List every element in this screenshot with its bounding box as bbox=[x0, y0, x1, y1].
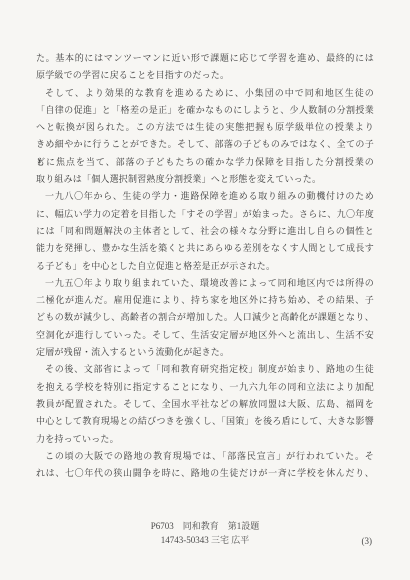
text-line: 一九八〇年から、生徒の学力・進路保障を進める取り組みの動機付けのため bbox=[36, 188, 374, 205]
document-page: た。基本的にはマンツーマンに近い形で課題に応じて学習を進め、最終的には原学級での… bbox=[0, 0, 410, 580]
text-line: へと転換が図られた。この方法では生徒の実態把握も原学級単位の授業より bbox=[36, 119, 374, 136]
text-line: 原学級での学習に戻ることを目指すのだった。 bbox=[36, 67, 374, 84]
text-line: 能力を発揮し、豊かな生活を築くと共にあらゆる差別をなくす人間として成長す bbox=[36, 240, 374, 257]
text-line: 教員が配置された。そして、全国水平社などの解放同盟は大阪、広島、福岡を bbox=[36, 396, 374, 413]
page-number: (3) bbox=[362, 536, 373, 546]
text-line: 力を持っていった。 bbox=[36, 431, 374, 448]
footer-author-line: 14743-50343 三宅 広平 bbox=[0, 533, 410, 547]
text-line: 「自律の促進」と「格差の是正」を確かなものにしようと、少人数制の分割授業 bbox=[36, 102, 374, 119]
text-line: た。基本的にはマンツーマンに近い形で課題に応じて学習を進め、最終的には bbox=[36, 50, 374, 67]
text-line: その後、文部省によって「同和教育研究指定校」制度が始まり、路地の生徒 bbox=[36, 361, 374, 378]
text-line: る子ども」を中心とした自立促進と格差是正が示された。 bbox=[36, 258, 374, 275]
document-body: た。基本的にはマンツーマンに近い形で課題に応じて学習を進め、最終的には原学級での… bbox=[36, 50, 374, 482]
text-line: そして、より効果的な教育を進めるために、小集団の中で同和地区生徒の bbox=[36, 85, 374, 102]
text-line: 一九五〇年より取り組まれていた、環境改善によって同和地区内では所得の bbox=[36, 275, 374, 292]
footer-course-line: P6703 同和教育 第1設題 bbox=[0, 519, 410, 533]
text-line: どもの数が減少し、高齢者の割合が増加した。人口減少と高齢化が課題となり、 bbox=[36, 309, 374, 326]
text-line: もに焦点を当て、部落の子どもたちの確かな学力保障を目指した分割授業の bbox=[36, 154, 374, 171]
text-line: には「同和問題解決の主体者として、社会の様々な分野に進出し自らの個性と bbox=[36, 223, 374, 240]
document-footer: P6703 同和教育 第1設題 14743-50343 三宅 広平 bbox=[0, 519, 410, 547]
text-line: きめ細やかに行うことができた。そして、部落の子どものみではなく、全ての子ど bbox=[36, 136, 374, 153]
text-line: れは、七〇年代の狭山闘争を時に、路地の生徒だけが一斉に学校を休んだり、 bbox=[36, 465, 374, 482]
text-line: 定層が残留・流入するという流動化が起きた。 bbox=[36, 344, 374, 361]
text-line: 中心として教育現場との結びつきを強くし、「国策」を後ろ盾にして、大きな影響 bbox=[36, 413, 374, 430]
text-line: 空洞化が進行していった。そして、生活安定層が地区外へと流出し、生活不安 bbox=[36, 327, 374, 344]
text-line: を抱える学校を特別に指定することになり、一九六九年の同和立法により加配 bbox=[36, 379, 374, 396]
text-line: 取り組みは「個人選択制習熟度分割授業」へと形態を変えていった。 bbox=[36, 171, 374, 188]
text-line: 二極化が進んだ。雇用促進により、持ち家を地区外に持ち始め、その結果、子 bbox=[36, 292, 374, 309]
text-line: に、幅広い学力の定着を目指した「すその学習」が始まった。さらに、九〇年度 bbox=[36, 206, 374, 223]
text-line: この頃の大阪での路地の教育現場では、「部落民宣言」が行われていた。そ bbox=[36, 448, 374, 465]
